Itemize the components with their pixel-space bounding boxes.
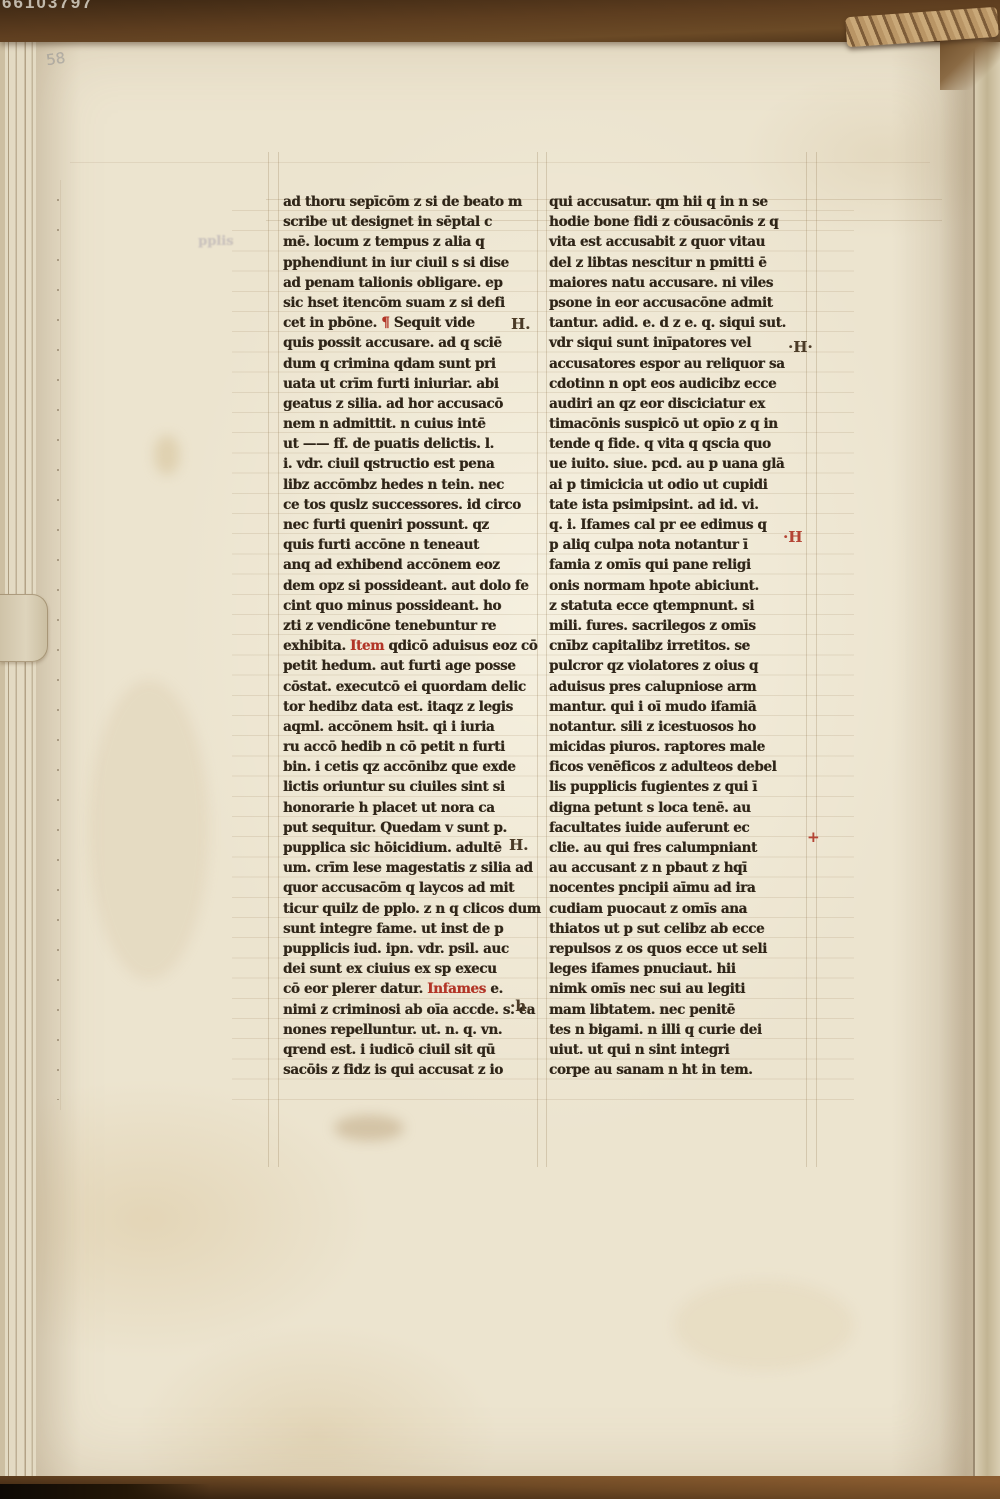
text-line: timacōnis suspicō ut opīo z q in bbox=[549, 414, 811, 434]
ink-text: pulcror qz violatores z oius q bbox=[549, 658, 758, 674]
text-line: put sequitur. Quedam v sunt p. bbox=[283, 818, 541, 838]
text-column-right: qui accusatur. qm hii q in n sehodie bon… bbox=[549, 192, 811, 1080]
ink-text: vita est accusabit z quor vitau bbox=[549, 234, 765, 250]
ink-text: repulsos z os quos ecce ut seli bbox=[549, 941, 767, 957]
text-line: qui accusatur. qm hii q in n se bbox=[549, 192, 811, 212]
text-line: cōstat. executcō ei quordam delic bbox=[283, 677, 541, 697]
ink-text: quor accusacōm q laycos ad mit bbox=[283, 880, 514, 896]
ink-text: ru accō hedib n cō petit n furti bbox=[283, 739, 505, 755]
ink-text: sic hset itencōm suam z si defi bbox=[283, 295, 505, 311]
shelfmark-overlay-number: 66103797 bbox=[2, 0, 94, 13]
ink-text: nem n admittit. n cuius intē bbox=[283, 416, 486, 432]
text-line: pulcror qz violatores z oius q bbox=[549, 656, 811, 676]
ink-text: ad thoru sepīcōm z si de beato m bbox=[283, 194, 522, 210]
ink-text: qrend est. i iudicō ciuil sit qū bbox=[283, 1042, 495, 1058]
ink-text: ce tos quslz successores. id circo bbox=[283, 497, 521, 513]
text-line: uata ut crīm furti iniuriar. abi bbox=[283, 374, 541, 394]
text-line: au accusant z n pbaut z hqī bbox=[549, 858, 811, 878]
ink-text: maiores natu accusare. ni viles bbox=[549, 275, 773, 291]
ink-text: qui accusatur. qm hii q in n se bbox=[549, 194, 768, 210]
ink-text: aqml. accōnem hsit. qi i iuria bbox=[283, 719, 494, 735]
stain bbox=[89, 680, 209, 980]
ink-text: tende q fide. q vita q qscia quo bbox=[549, 436, 771, 452]
rubric-text: Item bbox=[350, 638, 384, 654]
text-line: nem n admittit. n cuius intē bbox=[283, 414, 541, 434]
text-line: cdotinn n opt eos audicibz ecce bbox=[549, 374, 811, 394]
margin-mark: H. bbox=[511, 315, 530, 333]
fore-edge bbox=[973, 38, 1000, 1480]
text-line: nimk omīs nec sui au legiti bbox=[549, 979, 811, 999]
text-line: pphendiunt in iur ciuil s si dise bbox=[283, 253, 541, 273]
ink-text: cōstat. executcō ei quordam delic bbox=[283, 679, 526, 695]
ink-text: anq ad exhibend accōnem eoz bbox=[283, 557, 500, 573]
ink-text: dei sunt ex ciuius ex sp execu bbox=[283, 961, 497, 977]
text-line: tor hedibz data est. itaqz z legis bbox=[283, 697, 541, 717]
text-line: ue iuito. siue. pcd. au p uana glā bbox=[549, 454, 811, 474]
ink-text: nimi z criminosi ab oīa accde. s. ca bbox=[283, 1002, 535, 1018]
text-line: repulsos z os quos ecce ut seli bbox=[549, 939, 811, 959]
ink-text: dem opz si possideant. aut dolo fe bbox=[283, 578, 529, 594]
text-line: audiri an qz eor disciciatur ex bbox=[549, 394, 811, 414]
ink-text: petit hedum. aut furti age posse bbox=[283, 658, 515, 674]
ink-text: zti z vendicōne tenebuntur re bbox=[283, 618, 496, 634]
ink-text: famia z omīs qui pane religi bbox=[549, 557, 751, 573]
ink-text: mili. fures. sacrilegos z omīs bbox=[549, 618, 756, 634]
text-line: lictis oriuntur su ciuiles sint si bbox=[283, 777, 541, 797]
text-line: clie. au qui fres calumpniant bbox=[549, 838, 811, 858]
ink-text: au accusant z n pbaut z hqī bbox=[549, 860, 747, 876]
text-line: petit hedum. aut furti age posse bbox=[283, 656, 541, 676]
margin-mark: + bbox=[807, 828, 820, 846]
ink-text: uata ut crīm furti iniuriar. abi bbox=[283, 376, 499, 392]
text-line: honorarie h placet ut nora ca bbox=[283, 798, 541, 818]
text-line: anq ad exhibend accōnem eoz bbox=[283, 555, 541, 575]
ink-text: cudiam puocaut z omīs ana bbox=[549, 901, 747, 917]
ink-text: del z libtas nescitur n pmitti ē bbox=[549, 255, 766, 271]
ink-text: psone in eor accusacōne admit bbox=[549, 295, 773, 311]
ruling-line bbox=[70, 162, 930, 163]
text-line: mantur. qui i oī mudo ifamiā bbox=[549, 697, 811, 717]
ink-text: pupplica sic hōicidium. adultē bbox=[283, 840, 502, 856]
ink-text: ue iuito. siue. pcd. au p uana glā bbox=[549, 456, 784, 472]
ink-text: ficos venēficos z adulteos debel bbox=[549, 759, 776, 775]
text-line: dei sunt ex ciuius ex sp execu bbox=[283, 959, 541, 979]
page-stack-edge bbox=[0, 38, 36, 1480]
text-line: cō eor plerer datur. Infames e. bbox=[283, 979, 541, 999]
ruling-line bbox=[60, 180, 61, 1110]
text-line: ru accō hedib n cō petit n furti bbox=[283, 737, 541, 757]
ink-text: ticur quilz de pplo. z n q clicos dum bbox=[283, 901, 541, 917]
ink-text: mantur. qui i oī mudo ifamiā bbox=[549, 699, 756, 715]
text-line: ad thoru sepīcōm z si de beato m bbox=[283, 192, 541, 212]
ink-text: lis pupplicis fugientes z qui ī bbox=[549, 779, 757, 795]
text-line: scribe ut designet in sēptal c bbox=[283, 212, 541, 232]
text-line: mili. fures. sacrilegos z omīs bbox=[549, 616, 811, 636]
ink-text: qdicō aduisus eoz cō bbox=[384, 638, 537, 654]
text-line: sic hset itencōm suam z si defi bbox=[283, 293, 541, 313]
ink-text: notantur. sili z icestuosos ho bbox=[549, 719, 756, 735]
text-line: maiores natu accusare. ni viles bbox=[549, 273, 811, 293]
text-line: hodie bone fidi z cōusacōnis z q bbox=[549, 212, 811, 232]
text-line: pupplicis iud. ipn. vdr. psil. auc bbox=[283, 939, 541, 959]
ink-text: corpe au sanam n ht in tem. bbox=[549, 1062, 753, 1078]
text-line: famia z omīs qui pane religi bbox=[549, 555, 811, 575]
ruling-line bbox=[278, 152, 279, 1167]
text-line: vita est accusabit z quor vitau bbox=[549, 232, 811, 252]
manuscript-photo: ad thoru sepīcōm z si de beato mscribe u… bbox=[0, 0, 1000, 1499]
ink-text: cint quo minus possideant. ho bbox=[283, 598, 501, 614]
ink-text: cet in pbōne. bbox=[283, 315, 381, 331]
margin-mark: ·H bbox=[783, 528, 802, 546]
ink-text: ut —— ff. de puatis delictis. l. bbox=[283, 436, 494, 452]
text-line: um. crīm lese magestatis z silia ad bbox=[283, 858, 541, 878]
ink-text: z statuta ecce qtempnunt. si bbox=[549, 598, 754, 614]
text-line: corpe au sanam n ht in tem. bbox=[549, 1060, 811, 1080]
ink-text: quis furti accōne n teneaut bbox=[283, 537, 479, 553]
text-line: micidas piuros. raptores male bbox=[549, 737, 811, 757]
text-line: ticur quilz de pplo. z n q clicos dum bbox=[283, 899, 541, 919]
text-line: ut —— ff. de puatis delictis. l. bbox=[283, 434, 541, 454]
ghost-offset-note: pplis bbox=[198, 234, 233, 249]
text-line: ficos venēficos z adulteos debel bbox=[549, 757, 811, 777]
ink-text: cō eor plerer datur. bbox=[283, 981, 427, 997]
ink-text: micidas piuros. raptores male bbox=[549, 739, 765, 755]
text-line: sunt integre fame. ut inst de p bbox=[283, 919, 541, 939]
ink-text: i. vdr. ciuil qstructio est pena bbox=[283, 456, 494, 472]
text-line: cet in pbōne. ¶ Sequit vide bbox=[283, 313, 541, 333]
text-line: tes n bigami. n illi q curie dei bbox=[549, 1020, 811, 1040]
ink-text: put sequitur. Quedam v sunt p. bbox=[283, 820, 507, 836]
text-column-left: ad thoru sepīcōm z si de beato mscribe u… bbox=[283, 192, 541, 1080]
ink-text: mam libtatem. nec penitē bbox=[549, 1002, 735, 1018]
parchment-index-tab bbox=[0, 594, 48, 662]
folio-number-pencil: 58 bbox=[45, 49, 66, 69]
ink-text: p aliq culpa nota notantur ī bbox=[549, 537, 748, 553]
binding-bottom-shadow bbox=[0, 1484, 210, 1499]
text-line: onis normam hpote abiciunt. bbox=[549, 576, 811, 596]
ink-text: nocentes pncipii aīmu ad ira bbox=[549, 880, 755, 896]
text-line: nones repelluntur. ut. n. q. vn. bbox=[283, 1020, 541, 1040]
prick-marks bbox=[56, 185, 60, 1100]
text-line: psone in eor accusacōne admit bbox=[549, 293, 811, 313]
ink-text: q. i. Ifames cal pr ee edimus q bbox=[549, 517, 766, 533]
text-line: z statuta ecce qtempnunt. si bbox=[549, 596, 811, 616]
text-line: mam libtatem. nec penitē bbox=[549, 1000, 811, 1020]
text-line: dem opz si possideant. aut dolo fe bbox=[283, 576, 541, 596]
ink-text: dum q crimina qdam sunt pri bbox=[283, 356, 496, 372]
ink-text: cdotinn n opt eos audicibz ecce bbox=[549, 376, 776, 392]
text-line: ce tos quslz successores. id circo bbox=[283, 495, 541, 515]
text-line: libz accōmbz hedes n tein. nec bbox=[283, 475, 541, 495]
text-line: tate ista psimipsint. ad id. vi. bbox=[549, 495, 811, 515]
ink-text: onis normam hpote abiciunt. bbox=[549, 578, 759, 594]
ink-text: audiri an qz eor disciciatur ex bbox=[549, 396, 765, 412]
ink-text: lictis oriuntur su ciuiles sint si bbox=[283, 779, 505, 795]
margin-mark: ·H· bbox=[788, 338, 813, 356]
text-line: cnībz capitalibz irretitos. se bbox=[549, 636, 811, 656]
text-line: uiut. ut qui n sint integri bbox=[549, 1040, 811, 1060]
ink-text: thiatos ut p sut celibz ab ecce bbox=[549, 921, 764, 937]
ink-text: scribe ut designet in sēptal c bbox=[283, 214, 492, 230]
text-line: thiatos ut p sut celibz ab ecce bbox=[549, 919, 811, 939]
ink-text: tor hedibz data est. itaqz z legis bbox=[283, 699, 513, 715]
text-line: cint quo minus possideant. ho bbox=[283, 596, 541, 616]
ink-text: sunt integre fame. ut inst de p bbox=[283, 921, 503, 937]
text-line: notantur. sili z icestuosos ho bbox=[549, 717, 811, 737]
text-line: nocentes pncipii aīmu ad ira bbox=[549, 878, 811, 898]
ink-text: mē. locum z tempus z alia q bbox=[283, 234, 484, 250]
ink-text: uiut. ut qui n sint integri bbox=[549, 1042, 729, 1058]
text-line: tende q fide. q vita q qscia quo bbox=[549, 434, 811, 454]
text-line: geatus z silia. ad hor accusacō bbox=[283, 394, 541, 414]
text-line: cudiam puocaut z omīs ana bbox=[549, 899, 811, 919]
stain bbox=[674, 1280, 854, 1370]
text-line: p aliq culpa nota notantur ī bbox=[549, 535, 811, 555]
ink-text: tantur. adid. e. d z e. q. siqui sut. bbox=[549, 315, 786, 331]
text-line: bin. i cetis qz accōnibz que exde bbox=[283, 757, 541, 777]
ink-text: leges ifames pnuciaut. hii bbox=[549, 961, 736, 977]
ink-text: timacōnis suspicō ut opīo z q in bbox=[549, 416, 778, 432]
ink-text: sacōis z fidz is qui accusat z io bbox=[283, 1062, 503, 1078]
ink-text: libz accōmbz hedes n tein. nec bbox=[283, 477, 504, 493]
ink-text: hodie bone fidi z cōusacōnis z q bbox=[549, 214, 778, 230]
ink-text: nec furti queniri possunt. qz bbox=[283, 517, 489, 533]
ink-text: quis possit accusare. ad q sciē bbox=[283, 335, 502, 351]
text-line: quor accusacōm q laycos ad mit bbox=[283, 878, 541, 898]
ink-text: geatus z silia. ad hor accusacō bbox=[283, 396, 503, 412]
page-curl-shadow bbox=[939, 40, 977, 1478]
text-line: nec furti queniri possunt. qz bbox=[283, 515, 541, 535]
text-line: leges ifames pnuciaut. hii bbox=[549, 959, 811, 979]
ink-text: nones repelluntur. ut. n. q. vn. bbox=[283, 1022, 502, 1038]
stain bbox=[334, 1115, 404, 1141]
text-line: zti z vendicōne tenebuntur re bbox=[283, 616, 541, 636]
ink-text: facultates iuide auferunt ec bbox=[549, 820, 749, 836]
text-line: aduisus pres calupniose arm bbox=[549, 677, 811, 697]
margin-mark: H. bbox=[509, 836, 528, 854]
text-line: i. vdr. ciuil qstructio est pena bbox=[283, 454, 541, 474]
ink-text: pphendiunt in iur ciuil s si dise bbox=[283, 255, 509, 271]
text-line: quis furti accōne n teneaut bbox=[283, 535, 541, 555]
ink-text: ad penam talionis obligare. ep bbox=[283, 275, 502, 291]
text-line: nimi z criminosi ab oīa accde. s. ca bbox=[283, 1000, 541, 1020]
ink-text: digna petunt s loca tenē. au bbox=[549, 800, 751, 816]
ink-text: um. crīm lese magestatis z silia ad bbox=[283, 860, 533, 876]
ruling-line bbox=[546, 152, 547, 1167]
text-line: digna petunt s loca tenē. au bbox=[549, 798, 811, 818]
ink-text: Sequit vide bbox=[389, 315, 474, 331]
stain bbox=[154, 435, 180, 475]
text-line: facultates iuide auferunt ec bbox=[549, 818, 811, 838]
ruling-line bbox=[268, 152, 269, 1167]
ink-text: e. bbox=[486, 981, 503, 997]
ink-text: exhibita. bbox=[283, 638, 350, 654]
text-line: sacōis z fidz is qui accusat z io bbox=[283, 1060, 541, 1080]
ink-text: clie. au qui fres calumpniant bbox=[549, 840, 757, 856]
ink-text: aduisus pres calupniose arm bbox=[549, 679, 756, 695]
ink-text: honorarie h placet ut nora ca bbox=[283, 800, 495, 816]
text-line: vdr siqui sunt inīpatores vel bbox=[549, 333, 811, 353]
text-line: quis possit accusare. ad q sciē bbox=[283, 333, 541, 353]
text-line: aqml. accōnem hsit. qi i iuria bbox=[283, 717, 541, 737]
ink-text: vdr siqui sunt inīpatores vel bbox=[549, 335, 751, 351]
text-line: accusatores espor au reliquor sa bbox=[549, 354, 811, 374]
text-line: lis pupplicis fugientes z qui ī bbox=[549, 777, 811, 797]
text-line: ai p timicicia ut odio ut cupidi bbox=[549, 475, 811, 495]
text-line: mē. locum z tempus z alia q bbox=[283, 232, 541, 252]
ruling-line bbox=[816, 152, 817, 1167]
text-line: tantur. adid. e. d z e. q. siqui sut. bbox=[549, 313, 811, 333]
ink-text: accusatores espor au reliquor sa bbox=[549, 356, 784, 372]
ink-text: bin. i cetis qz accōnibz que exde bbox=[283, 759, 516, 775]
ink-text: pupplicis iud. ipn. vdr. psil. auc bbox=[283, 941, 509, 957]
text-line: q. i. Ifames cal pr ee edimus q bbox=[549, 515, 811, 535]
text-line: dum q crimina qdam sunt pri bbox=[283, 354, 541, 374]
rubric-text: Infames bbox=[427, 981, 486, 997]
ink-text: tes n bigami. n illi q curie dei bbox=[549, 1022, 762, 1038]
ink-text: ai p timicicia ut odio ut cupidi bbox=[549, 477, 767, 493]
margin-mark: ·h. bbox=[510, 997, 531, 1015]
text-line: pupplica sic hōicidium. adultē bbox=[283, 838, 541, 858]
text-line: qrend est. i iudicō ciuil sit qū bbox=[283, 1040, 541, 1060]
ink-text: cnībz capitalibz irretitos. se bbox=[549, 638, 750, 654]
ink-text: nimk omīs nec sui au legiti bbox=[549, 981, 745, 997]
text-line: del z libtas nescitur n pmitti ē bbox=[549, 253, 811, 273]
ink-text: tate ista psimipsint. ad id. vi. bbox=[549, 497, 758, 513]
text-line: ad penam talionis obligare. ep bbox=[283, 273, 541, 293]
text-line: exhibita. Item qdicō aduisus eoz cō bbox=[283, 636, 541, 656]
